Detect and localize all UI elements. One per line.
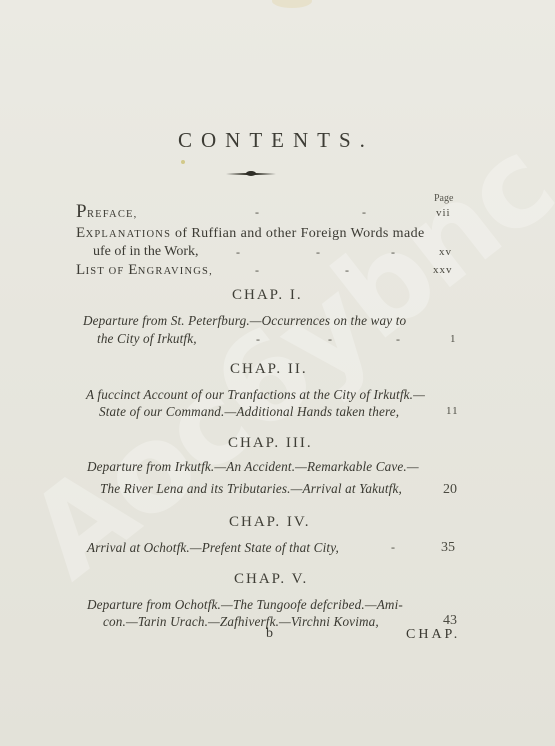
- leader-dash: -: [396, 332, 400, 347]
- leader-dash: -: [328, 332, 332, 347]
- paper-stain: [272, 0, 312, 8]
- chapter-summary-line: Departure from St. Peterfburg.—Occurrenc…: [83, 313, 406, 329]
- leader-dash: -: [255, 263, 259, 278]
- page-number: vii: [436, 207, 451, 219]
- page-number: 35: [441, 540, 455, 556]
- catchword: CHAP.: [406, 627, 460, 643]
- page-number: 1: [450, 333, 457, 345]
- chapter-summary-line: The River Lena and its Tributaries.—Arri…: [100, 481, 402, 497]
- leader-dash: -: [236, 245, 240, 260]
- page-number: 20: [443, 482, 457, 498]
- leader-dash: -: [345, 263, 349, 278]
- toc-entry-engravings: LIST OF ENGRAVINGS,: [76, 262, 213, 279]
- page-column-label: Page: [434, 193, 453, 204]
- foxing-spot: [181, 160, 185, 164]
- toc-entry-explanations: EXPLANATIONS of Ruffian and other Foreig…: [76, 225, 425, 242]
- chapter-summary-line: the City of Irkutfk,: [97, 331, 197, 347]
- chapter-summary-line: Departure from Ochotfk.—The Tungoofe def…: [87, 597, 403, 613]
- toc-entry-explanations-cont: ufe of in the Work,: [93, 244, 199, 260]
- leader-dash: -: [391, 245, 395, 260]
- leader-dash: -: [362, 205, 366, 220]
- leader-dash: -: [391, 540, 395, 555]
- ornamental-rule-center: [246, 171, 256, 176]
- leader-dash: -: [256, 332, 260, 347]
- chapter-summary-line: Arrival at Ochotfk.—Prefent State of tha…: [87, 540, 339, 556]
- chapter-heading-1: CHAP. I.: [232, 287, 303, 304]
- toc-entry-preface: PREFACE,: [76, 201, 137, 223]
- signature-mark: b: [266, 626, 273, 642]
- chapter-summary-line: A fuccinct Account of our Tranfactions a…: [86, 387, 425, 403]
- chapter-summary-line: State of our Command.—Additional Hands t…: [99, 404, 399, 420]
- chapter-heading-5: CHAP. V.: [234, 571, 308, 588]
- page-number: xv: [439, 246, 452, 258]
- page-number: 11: [446, 405, 459, 417]
- page-number: xxv: [433, 264, 453, 276]
- leader-dash: -: [316, 245, 320, 260]
- page-title: CONTENTS.: [178, 128, 374, 153]
- chapter-heading-2: CHAP. II.: [230, 361, 308, 378]
- leader-dash: -: [255, 205, 259, 220]
- chapter-heading-4: CHAP. IV.: [229, 514, 311, 531]
- book-page: Aoc6ybnc CONTENTS. Page PREFACE, - - vii…: [0, 0, 555, 746]
- chapter-heading-3: CHAP. III.: [228, 435, 313, 452]
- chapter-summary-line: Departure from Irkutfk.—An Accident.—Rem…: [87, 459, 419, 475]
- chapter-summary-line: con.—Tarin Urach.—Zafhiverfk.—Virchni Ko…: [103, 614, 379, 630]
